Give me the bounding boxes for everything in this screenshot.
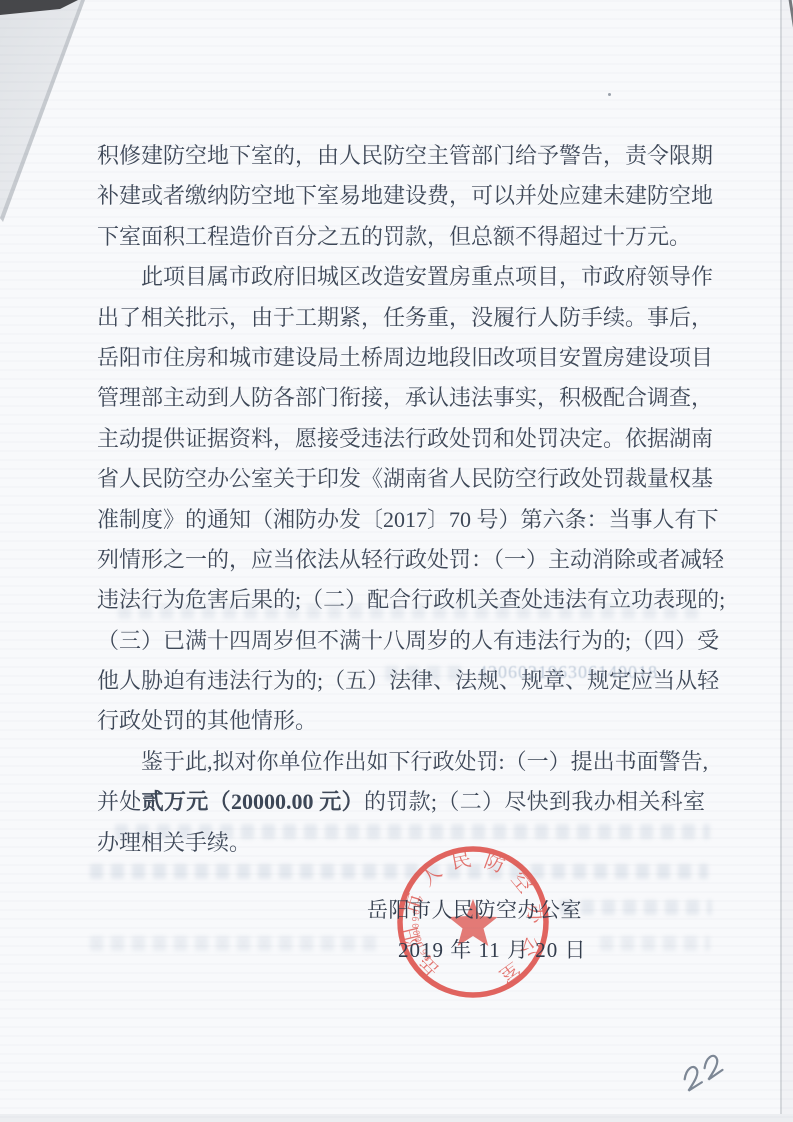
body-line: 办理相关手续。 [97, 823, 705, 863]
body-line: 此项目属市政府旧城区改造安置房重点项目，市政府领导作 [97, 257, 705, 297]
body-line: 违法行为危害后果的;（二）配合行政机关查处违法有立功表现的; [97, 580, 705, 620]
body-line: 管理部主动到人防各部门衔接，承认违法事实，积极配合调查， [97, 378, 705, 418]
body-line-fine: 并处贰万元（20000.00 元）的罚款;（二）尽快到我办相关科室 [97, 782, 705, 822]
page-right-edge [780, 0, 793, 1122]
handwritten-digit-2 [702, 1054, 724, 1080]
body-line: 行政处罚的其他情形。 [97, 701, 705, 741]
body-line: 他人胁迫有违法行为的;（五）法律、法规、规章、规定应当从轻 [97, 661, 705, 701]
page-bottom-edge [0, 1114, 793, 1122]
body-line: 下室面积工程造价百分之五的罚款，但总额不得超过十万元。 [97, 217, 705, 257]
handwritten-digit-2 [682, 1066, 703, 1091]
bleed-through-band [600, 936, 710, 951]
bleed-through-band [560, 900, 712, 915]
handwritten-page-number: 22 [676, 1048, 736, 1100]
signature-office-name: 岳阳市人民防空办公室 [367, 894, 582, 924]
document-body: 积修建防空地下室的，由人民防空主管部门给予警告，责令限期 补建或者缴纳防空地下室… [97, 136, 705, 863]
body-line: （三）已满十四周岁但不满十八周岁的人有违法行为的;（四）受 [97, 621, 705, 661]
body-line: 岳阳市住房和城市建设局土桥周边地段旧改项目安置房建设项目 [97, 338, 705, 378]
body-line: 省人民防空办公室关于印发《湖南省人民防空行政处罚裁量权基 [97, 459, 705, 499]
body-line: 鉴于此,拟对你单位作出如下行政处罚:（一）提出书面警告, [97, 742, 705, 782]
scan-speck [608, 93, 611, 96]
bleed-through-band [90, 936, 380, 951]
body-line: 准制度》的通知（湘防办发〔2017〕70 号）第六条：当事人有下 [97, 500, 705, 540]
fine-pre: 并处 [97, 789, 142, 814]
fine-amount: 贰万元（20000.00 元） [142, 789, 364, 814]
signature-date: 2019 年 11 月 20 日 [398, 934, 586, 964]
body-line: 出了相关批示，由于工期紧，任务重，没履行人防手续。事后， [97, 298, 705, 338]
fine-post: 的罚款;（二）尽快到我办相关科室 [364, 789, 705, 814]
body-line: 列情形之一的，应当依法从轻行政处罚：（一）主动消除或者减轻 [97, 540, 705, 580]
body-line: 主动提供证据资料，愿接受违法行政处罚和处罚决定。依据湖南 [97, 419, 705, 459]
body-line: 积修建防空地下室的，由人民防空主管部门给予警告，责令限期 [97, 136, 705, 176]
body-line: 补建或者缴纳防空地下室易地建设费，可以并处应建未建防空地 [97, 176, 705, 216]
